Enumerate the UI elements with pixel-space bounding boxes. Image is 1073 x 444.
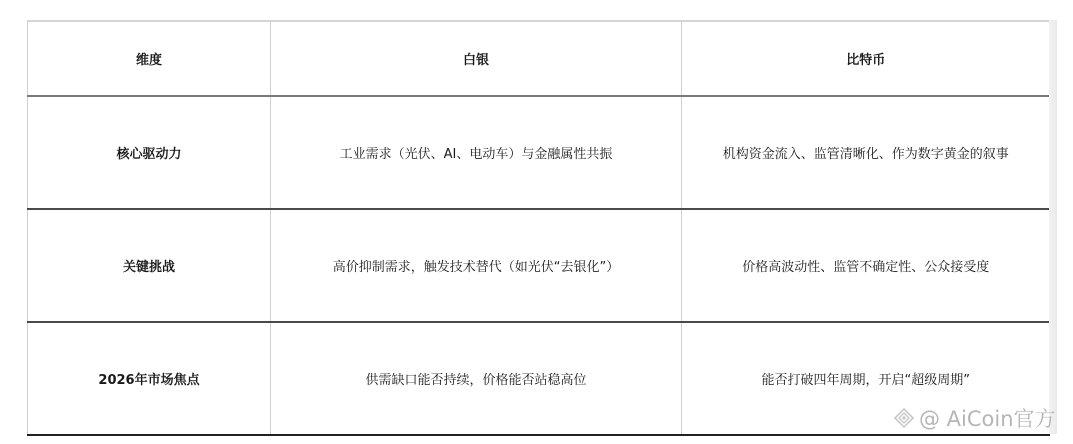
- table-header-row: 维度 白银 比特币: [28, 21, 1050, 96]
- row-bitcoin-cell: 机构资金流入、监管清晰化、作为数字黄金的叙事: [682, 96, 1050, 209]
- row-dimension: 关键挑战: [28, 209, 271, 322]
- table-row: 2026年市场焦点 供需缺口能否持续，价格能否站稳高位 能否打破四年周期，开启“…: [28, 322, 1050, 435]
- row-silver-cell: 工业需求（光伏、AI、电动车）与金融属性共振: [271, 96, 682, 209]
- row-bitcoin-cell: 能否打破四年周期，开启“超级周期”: [682, 322, 1050, 435]
- comparison-table: 维度 白银 比特币 核心驱动力 工业需求（光伏、AI、电动车）与金融属性共振 机…: [27, 20, 1050, 436]
- row-dimension: 2026年市场焦点: [28, 322, 271, 435]
- row-silver-cell: 供需缺口能否持续，价格能否站稳高位: [271, 322, 682, 435]
- header-dimension: 维度: [28, 21, 271, 96]
- horizontal-scroll-edge[interactable]: [1049, 20, 1057, 434]
- row-bitcoin-cell: 价格高波动性、监管不确定性、公众接受度: [682, 209, 1050, 322]
- table-row: 核心驱动力 工业需求（光伏、AI、电动车）与金融属性共振 机构资金流入、监管清晰…: [28, 96, 1050, 209]
- header-bitcoin: 比特币: [682, 21, 1050, 96]
- row-dimension: 核心驱动力: [28, 96, 271, 209]
- comparison-table-container: 维度 白银 比特币 核心驱动力 工业需求（光伏、AI、电动车）与金融属性共振 机…: [27, 20, 1057, 435]
- row-silver-cell: 高价抑制需求，触发技术替代（如光伏“去银化”）: [271, 209, 682, 322]
- header-silver: 白银: [271, 21, 682, 96]
- table-row: 关键挑战 高价抑制需求，触发技术替代（如光伏“去银化”） 价格高波动性、监管不确…: [28, 209, 1050, 322]
